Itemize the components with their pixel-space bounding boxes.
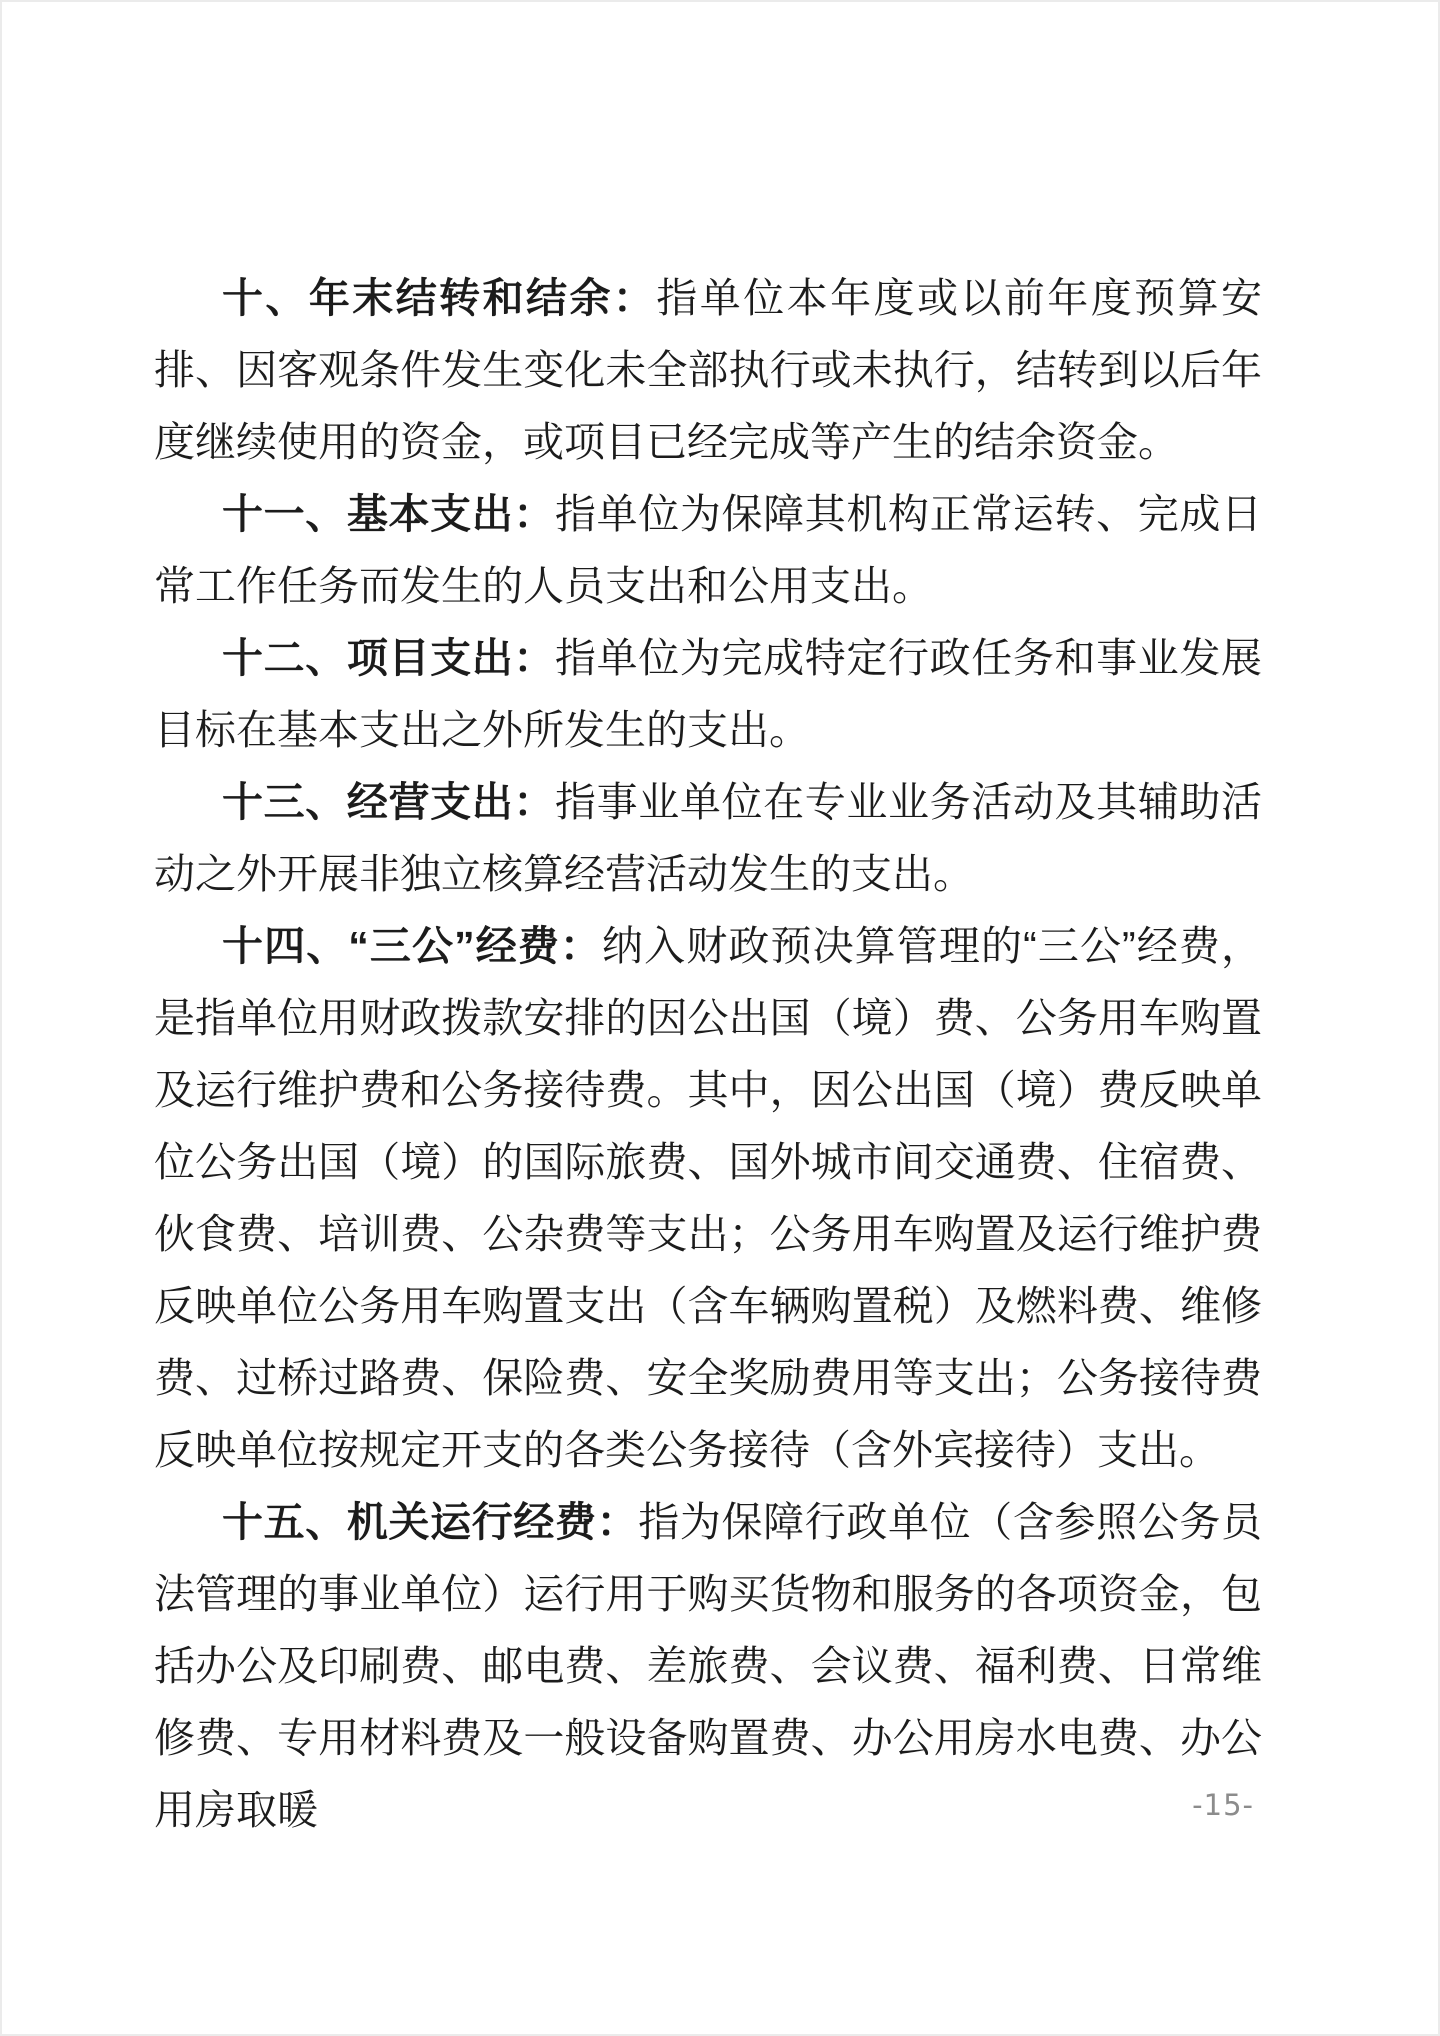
term-heading: 十一、基本支出： [222, 491, 555, 537]
document-page: 十、年末结转和结余：指单位本年度或以前年度预算安排、因客观条件发生变化未全部执行… [0, 0, 1440, 2036]
term-heading: 十四、“三公”经费： [222, 923, 602, 969]
paragraph-operating-expenditure: 十三、经营支出：指事业单位在专业业务活动及其辅助活动之外开展非独立核算经营活动发… [154, 766, 1262, 910]
term-heading: 十、年末结转和结余： [222, 275, 656, 321]
paragraph-project-expenditure: 十二、项目支出：指单位为完成特定行政任务和事业发展目标在基本支出之外所发生的支出… [154, 622, 1262, 766]
paragraph-three-public-funds: 十四、“三公”经费：纳入财政预决算管理的“三公”经费，是指单位用财政拨款安排的因… [154, 910, 1262, 1486]
document-body: 十、年末结转和结余：指单位本年度或以前年度预算安排、因客观条件发生变化未全部执行… [154, 262, 1262, 1846]
paragraph-agency-operating-funds: 十五、机关运行经费：指为保障行政单位（含参照公务员法管理的事业单位）运行用于购买… [154, 1486, 1262, 1846]
paragraph-carryover-surplus: 十、年末结转和结余：指单位本年度或以前年度预算安排、因客观条件发生变化未全部执行… [154, 262, 1262, 478]
term-heading: 十二、项目支出： [222, 635, 555, 681]
paragraph-basic-expenditure: 十一、基本支出：指单位为保障其机构正常运转、完成日常工作任务而发生的人员支出和公… [154, 478, 1262, 622]
term-heading: 十五、机关运行经费： [222, 1499, 638, 1545]
term-definition: 指为保障行政单位（含参照公务员法管理的事业单位）运行用于购买货物和服务的各项资金… [154, 1499, 1262, 1833]
term-definition: 纳入财政预决算管理的“三公”经费，是指单位用财政拨款安排的因公出国（境）费、公务… [154, 923, 1262, 1473]
page-number: -15- [1192, 1788, 1254, 1822]
term-heading: 十三、经营支出： [222, 779, 555, 825]
